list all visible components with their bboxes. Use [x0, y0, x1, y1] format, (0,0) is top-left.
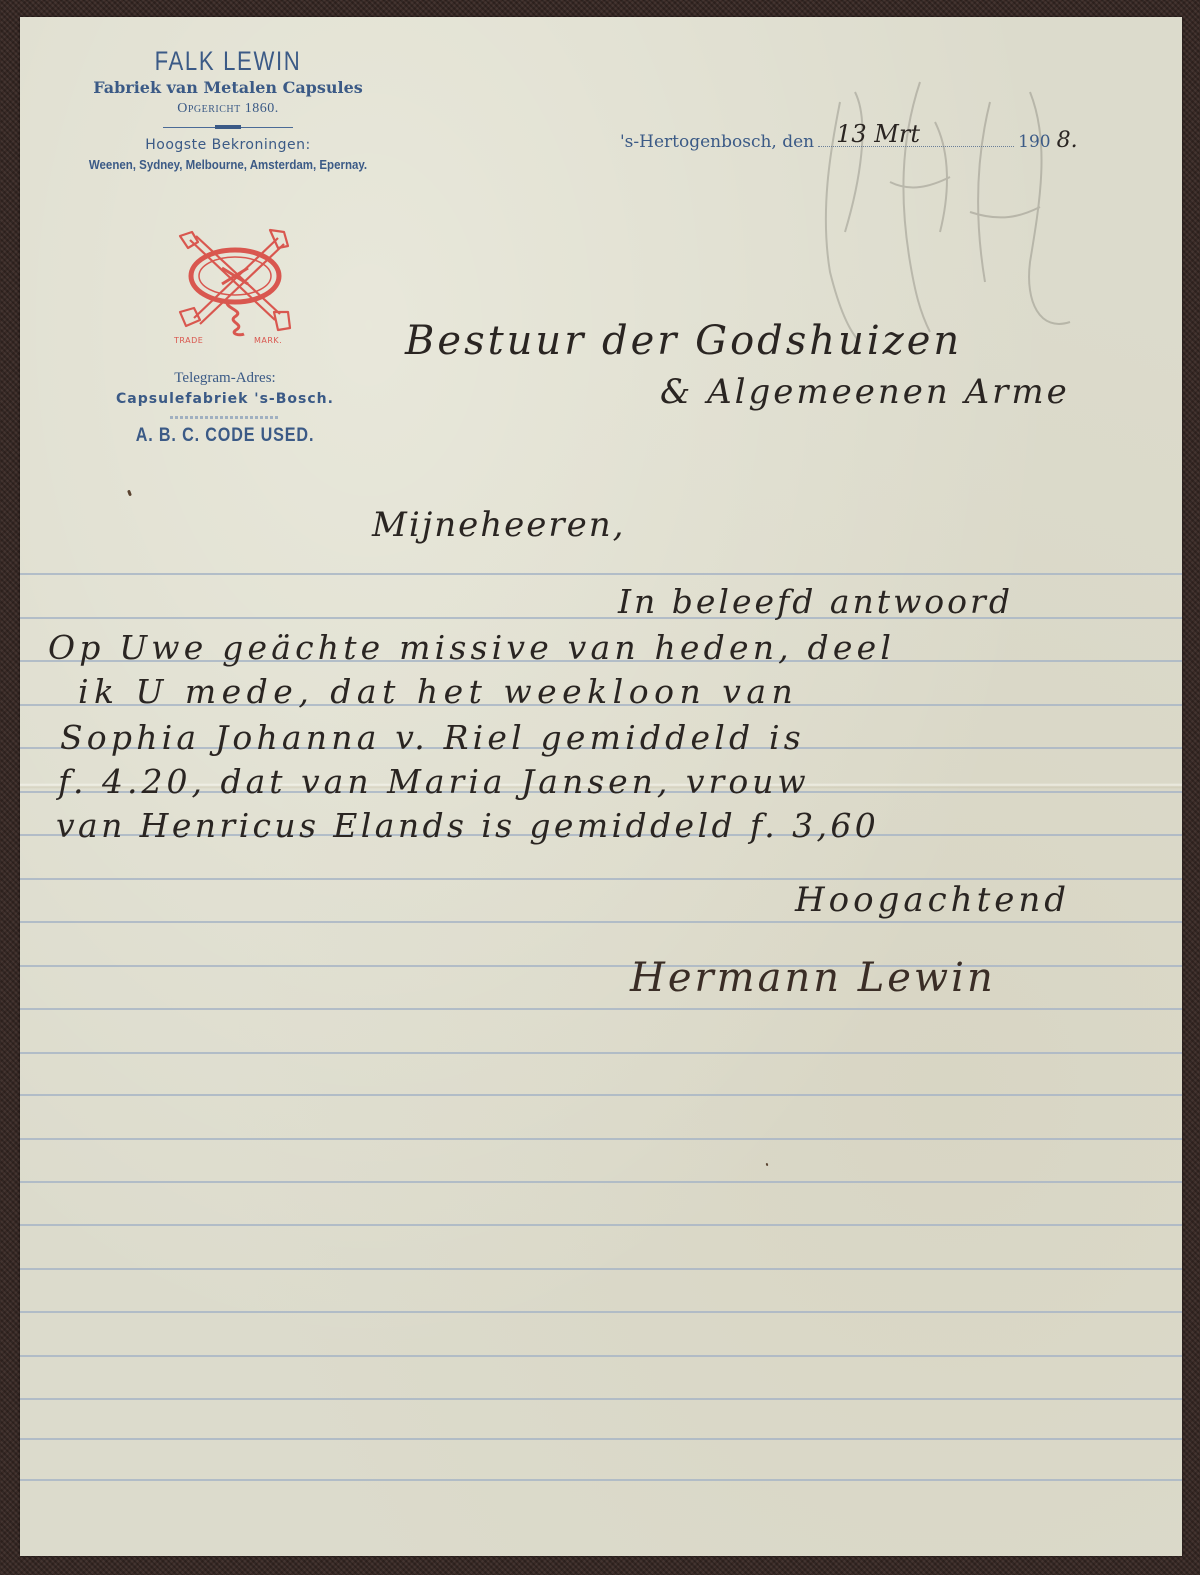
body-line: Sophia Johanna v. Riel gemiddeld is: [60, 718, 805, 757]
addressee-line-1: Bestuur der Godshuizen: [405, 318, 962, 364]
letterhead: FALK LEWIN Fabriek van Metalen Capsules …: [28, 45, 428, 174]
awards-title: Hoogste Bekroningen:: [28, 134, 428, 156]
ruled-line: [20, 1268, 1182, 1270]
telegram-block: Telegram-Adres: Capsulefabriek 's-Bosch.…: [80, 368, 370, 449]
handwritten-date: 13 Mrt: [836, 120, 920, 148]
wavy-divider: [170, 416, 280, 419]
body-line: ik U mede, dat het weekloon van: [78, 672, 798, 711]
ruled-line: [20, 1355, 1182, 1357]
ruled-line: [20, 1398, 1182, 1400]
ruled-line: [20, 1181, 1182, 1183]
ruled-line: [20, 921, 1182, 923]
body-line: Op Uwe geächte missive van heden, deel: [48, 628, 895, 667]
salutation: Mijneheeren,: [372, 505, 625, 545]
company-subtitle: Fabriek van Metalen Capsules: [28, 77, 428, 99]
place-prefix: 's-Hertogenbosch, den: [620, 132, 814, 152]
crossed-keys-corkscrew-icon: [170, 228, 300, 338]
closing: Hoogachtend: [795, 880, 1070, 920]
trademark-label-left: TRADE: [174, 336, 203, 345]
ruled-line: [20, 965, 1182, 967]
date-fill-line: 13 Mrt: [818, 132, 1014, 147]
ruled-line: [20, 1311, 1182, 1313]
ruled-line: [20, 573, 1182, 575]
telegram-title: Telegram-Adres:: [80, 368, 370, 388]
addressee-line-2: & Algemeenen Arme: [660, 372, 1070, 412]
body-line: In beleefd antwoord: [618, 582, 1013, 621]
signature: Hermann Lewin: [630, 955, 996, 1001]
ruled-line: [20, 1438, 1182, 1440]
body-line: van Henricus Elands is gemiddeld f. 3,60: [56, 806, 879, 845]
company-name: FALK LEWIN: [64, 45, 392, 77]
year-printed: 190: [1018, 132, 1050, 152]
trademark-label-right: MARK.: [254, 336, 282, 345]
ornamental-divider: [163, 127, 293, 128]
ruled-line: [20, 1094, 1182, 1096]
awards-list: Weenen, Sydney, Melbourne, Amsterdam, Ep…: [44, 156, 412, 174]
telegram-address: Capsulefabriek 's-Bosch.: [80, 388, 370, 410]
pencil-annotation: [800, 62, 1120, 362]
year-handwritten: 8.: [1057, 128, 1078, 153]
founded-year: Opgericht 1860.: [28, 99, 428, 119]
ruled-line: [20, 1479, 1182, 1481]
dateline: 's-Hertogenbosch, den 13 Mrt 190 8.: [620, 128, 1078, 153]
trademark-logo: TRADE MARK.: [170, 228, 300, 358]
ruled-line: [20, 1224, 1182, 1226]
ruled-line: [20, 1138, 1182, 1140]
ruled-line: [20, 1008, 1182, 1010]
code-note: A. B. C. CODE USED.: [102, 423, 349, 449]
ruled-line: [20, 1052, 1182, 1054]
body-line: f. 4.20, dat van Maria Jansen, vrouw: [58, 762, 810, 801]
